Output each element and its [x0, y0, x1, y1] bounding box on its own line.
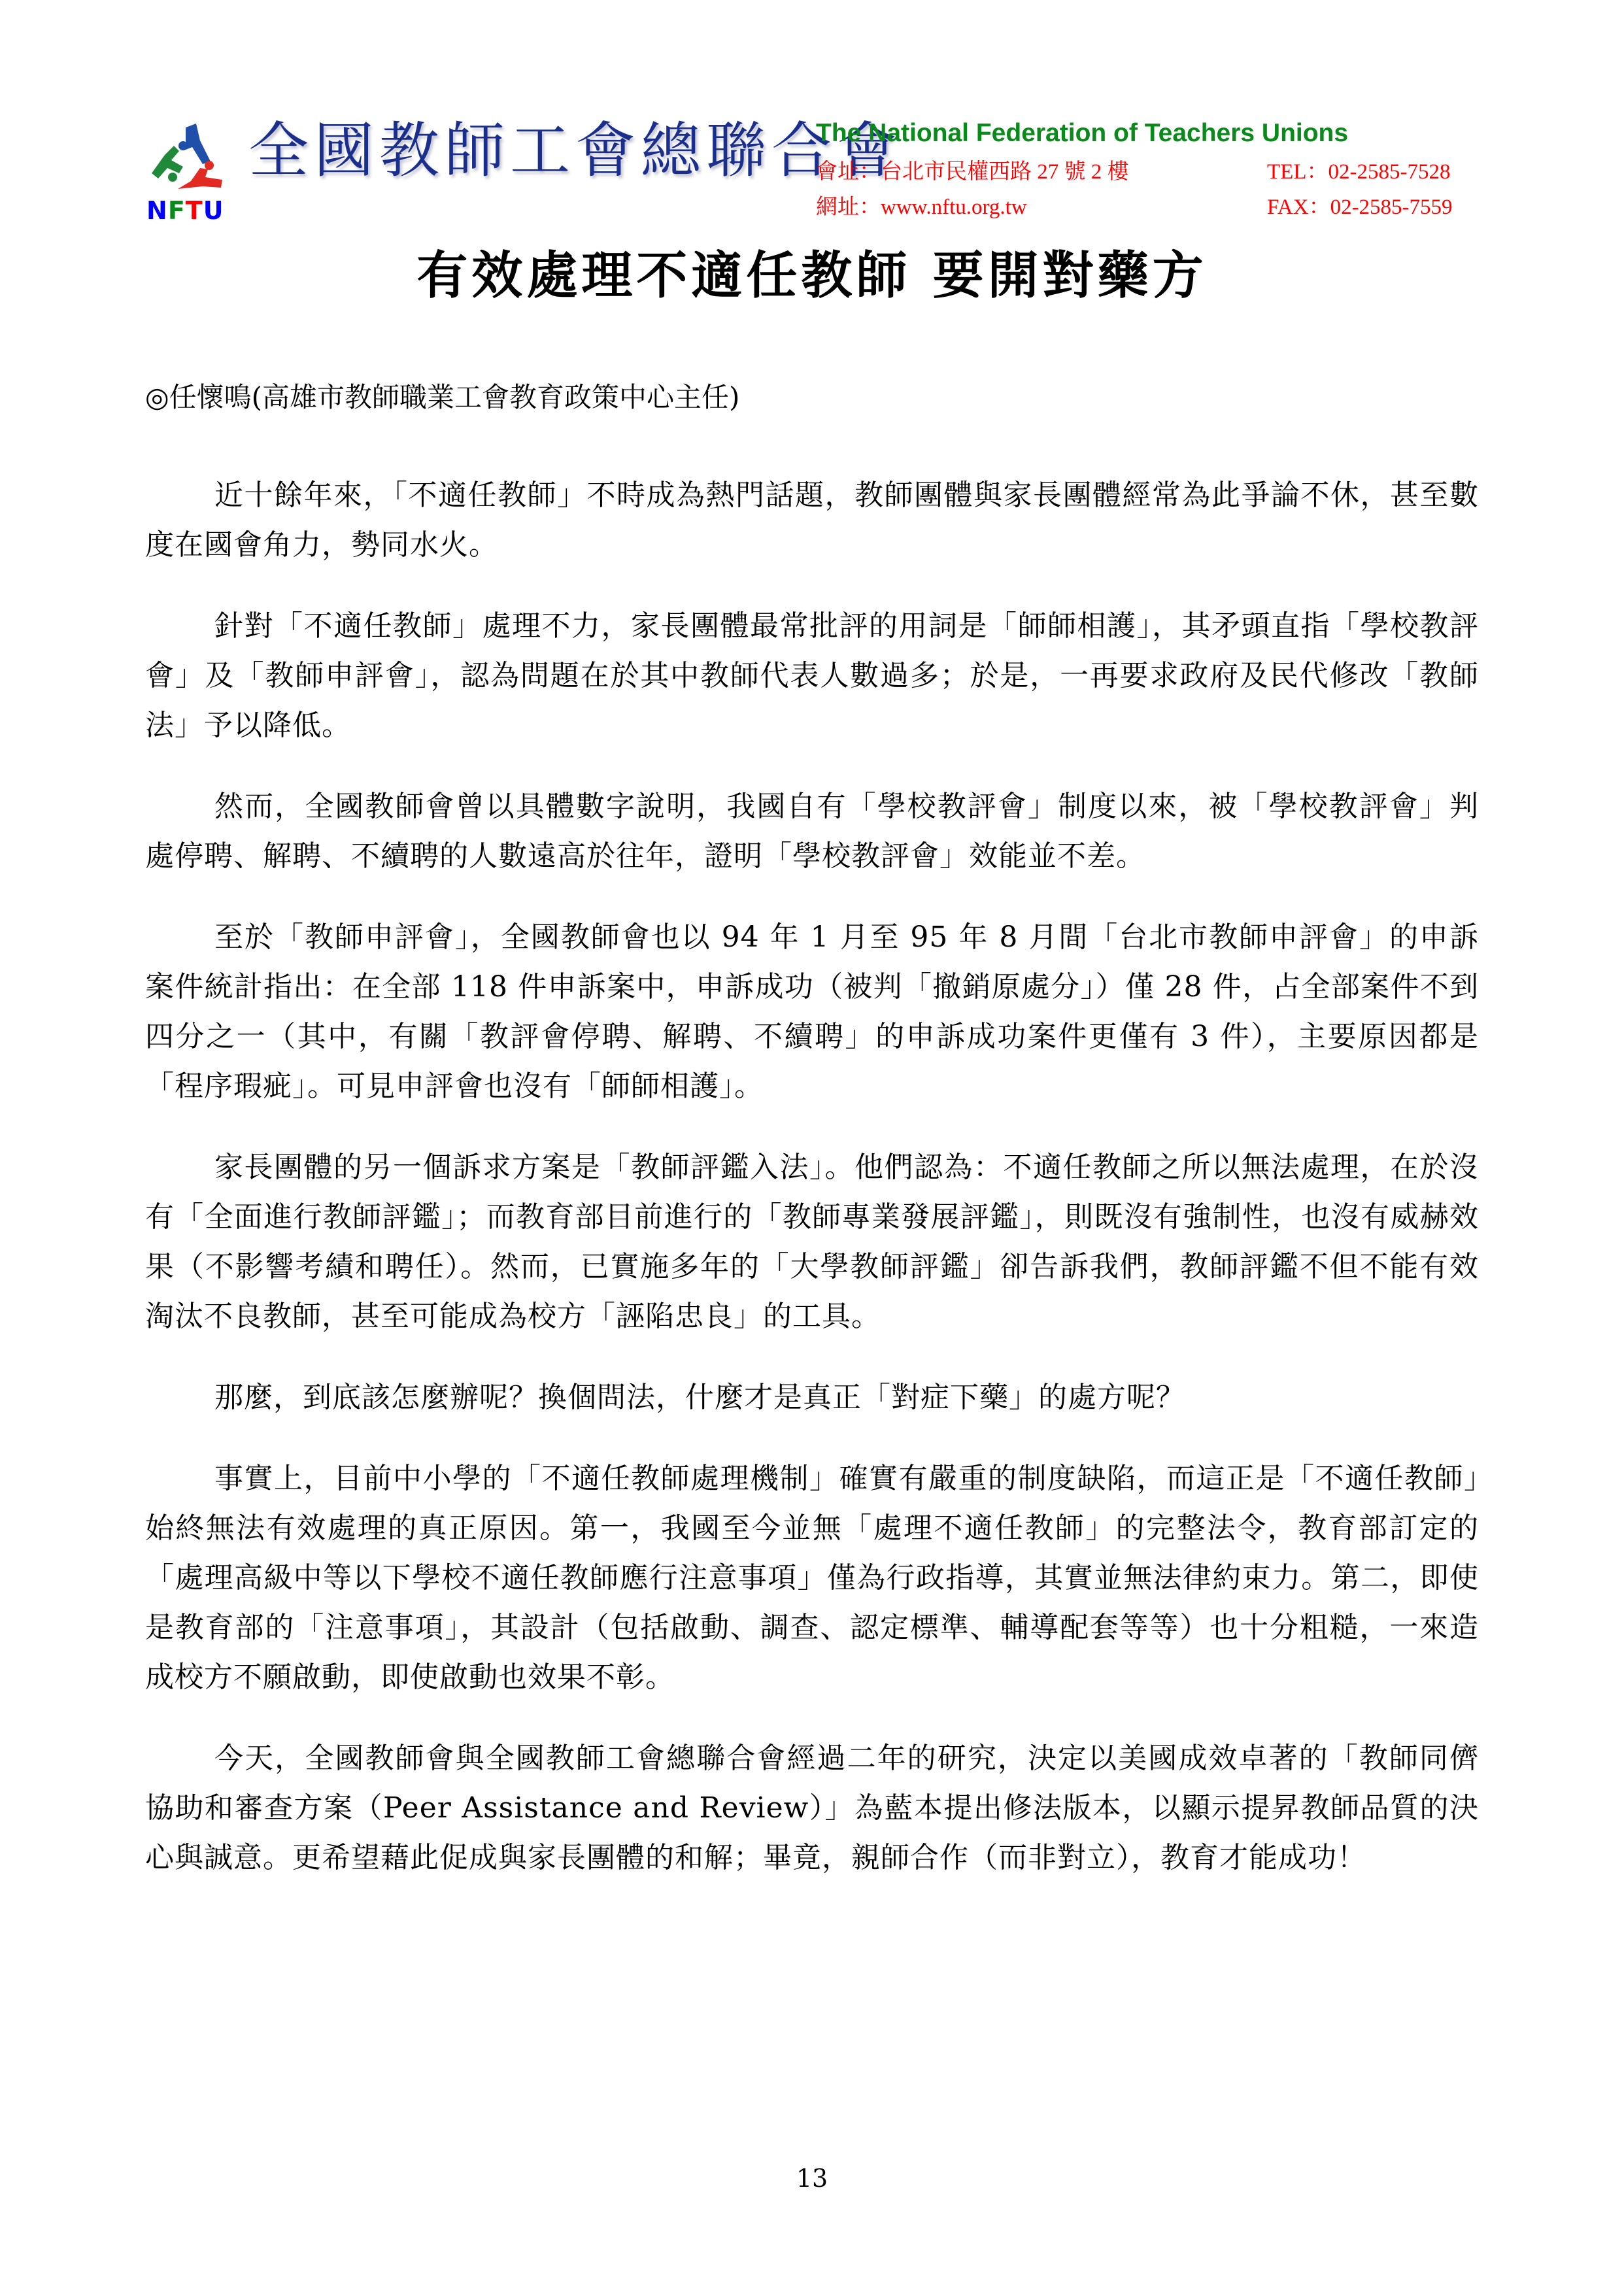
org-name-english: The National Federation of Teachers Unio…: [816, 119, 1348, 148]
article-title: 有效處理不適任教師 要開對藥方: [0, 245, 1624, 307]
logo-letter-n: N: [146, 196, 168, 225]
paragraph-6: 那麼，到底該怎麼辦呢？換個問法，什麼才是真正「對症下藥」的處方呢？: [145, 1373, 1479, 1423]
logo-letter-t: T: [186, 196, 203, 225]
page-number: 13: [0, 2164, 1624, 2193]
paragraph-3: 然而，全國教師會曾以具體數字說明，我國自有「學校教評會」制度以來，被「學校教評會…: [145, 782, 1479, 881]
logo-letter-f: F: [168, 196, 186, 225]
org-name-chinese: 全國教師工會總聯合會: [248, 121, 902, 181]
fax: FAX：02-2585-7559: [1267, 190, 1453, 220]
paragraph-8: 今天，全國教師會與全國教師工會總聯合會經過二年的研究，決定以美國成效卓著的「教師…: [145, 1734, 1479, 1883]
nftu-three-figures-logo-icon: [145, 121, 230, 193]
nftu-logo-text: NFTU: [146, 198, 224, 223]
website: 網址：www.nftu.org.tw: [816, 190, 1027, 220]
address: 會址：台北市民權西路 27 號 2 樓: [816, 154, 1129, 185]
logo-letter-u: U: [203, 196, 224, 225]
paragraph-4: 至於「教師申評會」，全國教師會也以 94 年 1 月至 95 年 8 月間「台北…: [145, 913, 1479, 1111]
paragraph-5: 家長團體的另一個訴求方案是「教師評鑑入法」。他們認為：不適任教師之所以無法處理，…: [145, 1143, 1479, 1341]
nftu-logo: NFTU: [145, 121, 230, 219]
letterhead: NFTU 全國教師工會總聯合會 The National Federation …: [0, 0, 1624, 235]
telephone: TEL：02-2585-7528: [1267, 154, 1450, 185]
author-byline: ◎任懷鳴(高雄市教師職業工會教育政策中心主任): [145, 376, 739, 415]
paragraph-2: 針對「不適任教師」處理不力，家長團體最常批評的用詞是「師師相護」，其矛頭直指「學…: [145, 601, 1479, 751]
paragraph-1: 近十餘年來，「不適任教師」不時成為熱門話題，教師團體與家長團體經常為此爭論不休，…: [145, 471, 1479, 570]
article-body: 近十餘年來，「不適任教師」不時成為熱門話題，教師團體與家長團體經常為此爭論不休，…: [145, 471, 1479, 1914]
paragraph-7: 事實上，目前中小學的「不適任教師處理機制」確實有嚴重的制度缺陷，而這正是「不適任…: [145, 1454, 1479, 1702]
